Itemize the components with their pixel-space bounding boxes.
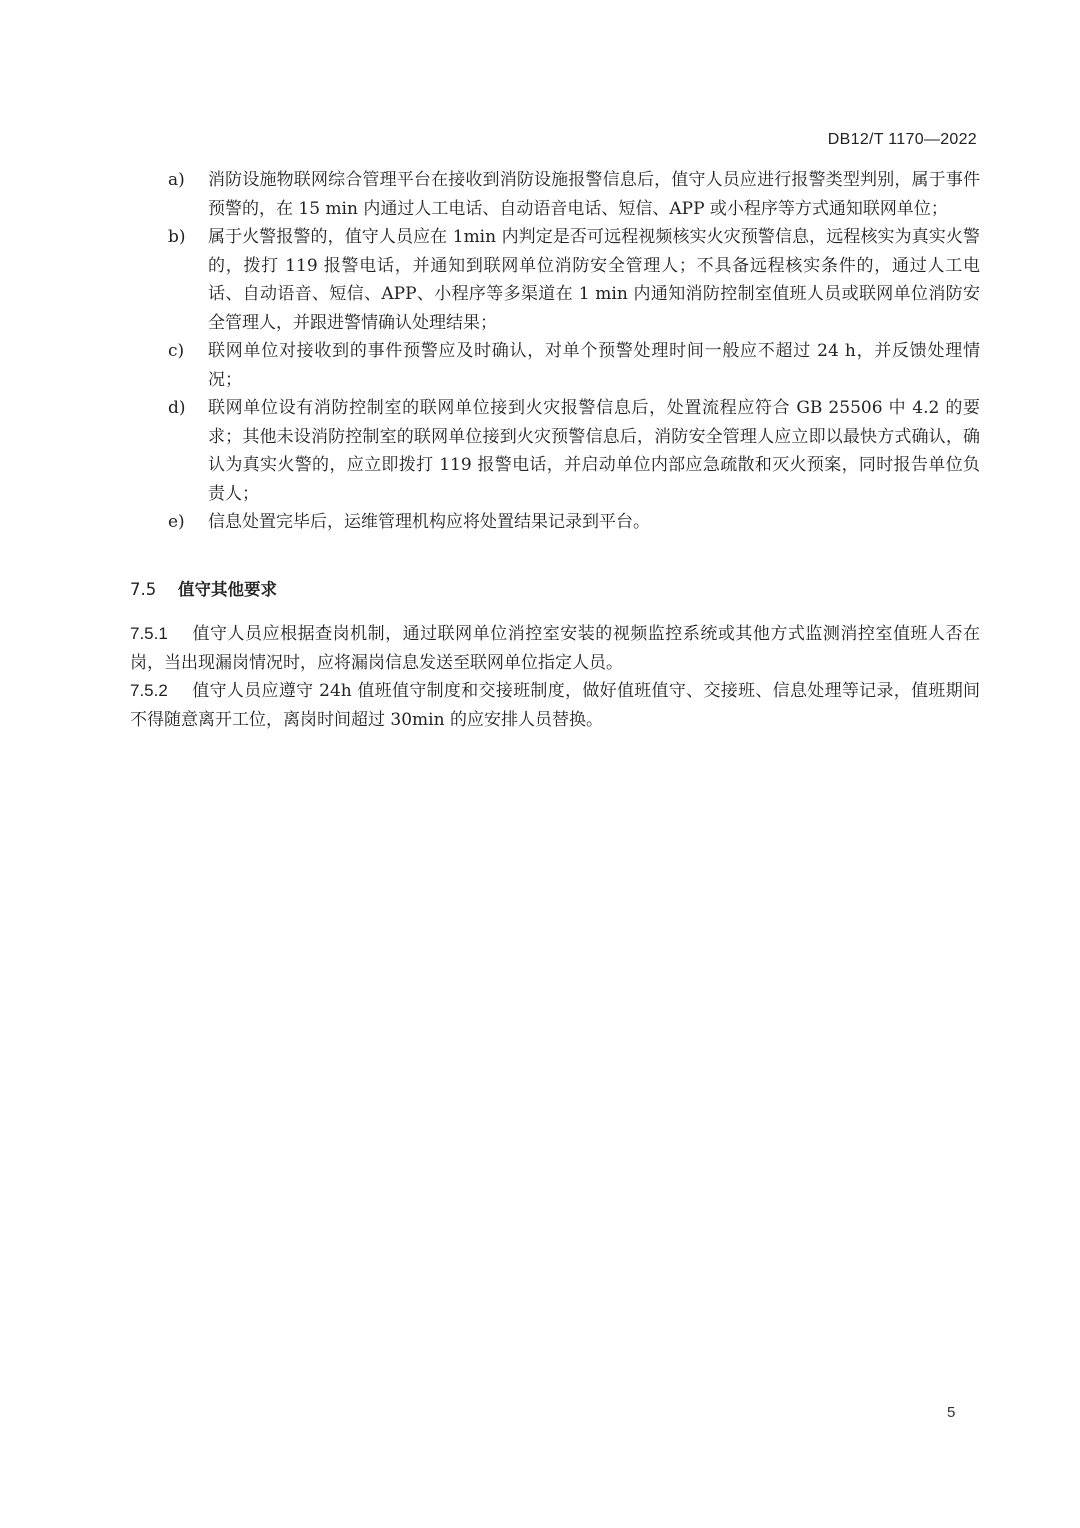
clauses: 7.5.1值守人员应根据查岗机制，通过联网单位消控室安装的视频监控系统或其他方式… [130,620,980,734]
list-item: d) 联网单位设有消防控制室的联网单位接到火灾报警信息后，处置流程应符合 GB … [130,394,980,508]
document-code: DB12/T 1170—2022 [828,131,977,149]
section-heading: 7.5值守其他要求 [130,576,277,600]
list-item: b) 属于火警报警的，值守人员应在 1min 内判定是否可远程视频核实火灾预警信… [130,223,980,337]
list-item: e) 信息处置完毕后，运维管理机构应将处置结果记录到平台。 [130,508,980,537]
clause-text: 值守人员应遵守 24h 值班值守制度和交接班制度，做好值班值守、交接班、信息处理… [130,681,980,730]
list-marker: a) [168,166,185,195]
list-item-text: 联网单位设有消防控制室的联网单位接到火灾报警信息后，处置流程应符合 GB 255… [208,398,980,504]
list-item: a) 消防设施物联网综合管理平台在接收到消防设施报警信息后，值守人员应进行报警类… [130,166,980,223]
procedure-list: a) 消防设施物联网综合管理平台在接收到消防设施报警信息后，值守人员应进行报警类… [130,166,980,537]
list-marker: e) [168,508,185,537]
clause-number: 7.5.1 [130,620,192,649]
clause: 7.5.1值守人员应根据查岗机制，通过联网单位消控室安装的视频监控系统或其他方式… [130,620,980,677]
list-item-text: 属于火警报警的，值守人员应在 1min 内判定是否可远程视频核实火灾预警信息，远… [208,227,980,333]
clause-text: 值守人员应根据查岗机制，通过联网单位消控室安装的视频监控系统或其他方式监测消控室… [130,624,980,673]
list-marker: b) [168,223,186,252]
list-item-text: 联网单位对接收到的事件预警应及时确认，对单个预警处理时间一般应不超过 24 h，… [208,341,980,390]
list-item-text: 消防设施物联网综合管理平台在接收到消防设施报警信息后，值守人员应进行报警类型判别… [208,170,980,219]
list-item: c) 联网单位对接收到的事件预警应及时确认，对单个预警处理时间一般应不超过 24… [130,337,980,394]
clause-number: 7.5.2 [130,677,192,706]
section-title: 值守其他要求 [178,580,277,599]
list-item-text: 信息处置完毕后，运维管理机构应将处置结果记录到平台。 [208,512,650,532]
page-number: 5 [947,1404,955,1421]
list-marker: c) [168,337,184,366]
list-marker: d) [168,394,186,423]
section-number: 7.5 [130,580,178,599]
clause: 7.5.2值守人员应遵守 24h 值班值守制度和交接班制度，做好值班值守、交接班… [130,677,980,734]
